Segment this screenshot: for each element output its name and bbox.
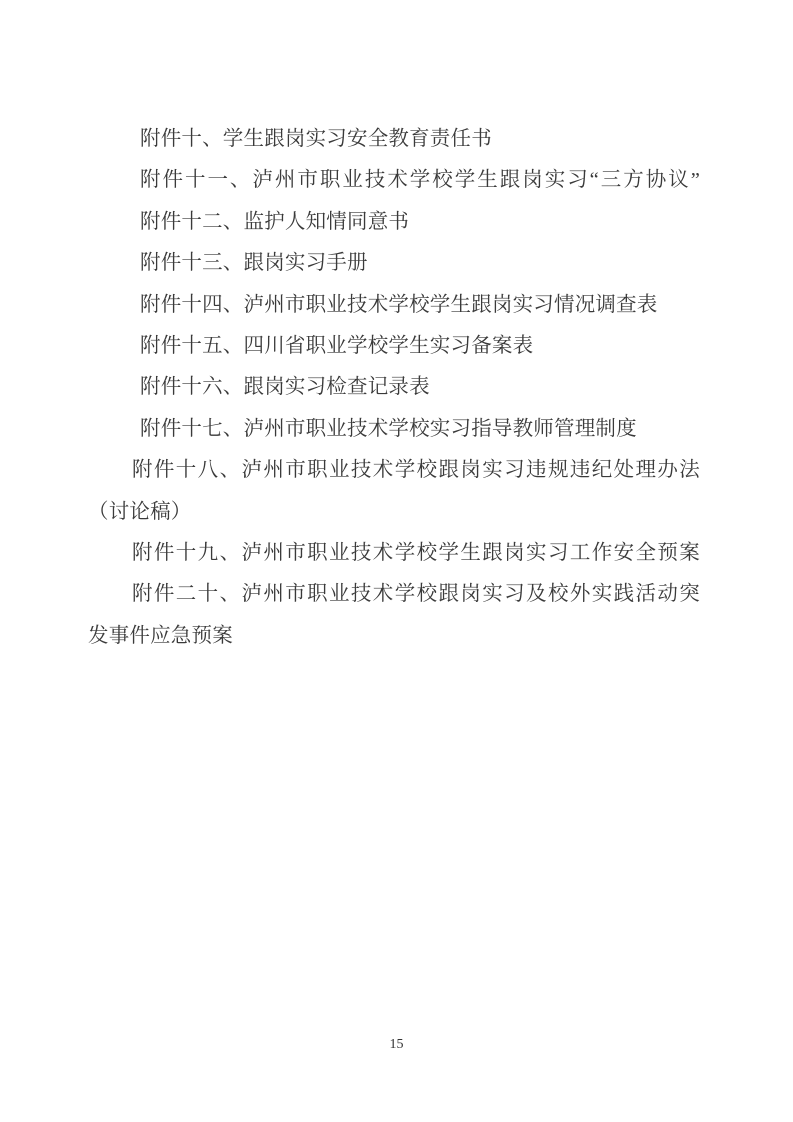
attachment-line-15: 附件十五、四川省职业学校学生实习备案表 [88, 326, 700, 367]
attachment-line-11: 附件十一、泸州市职业技术学校学生跟岗实习“三方协议” [88, 160, 700, 201]
attachment-line-19: 附件十九、泸州市职业技术学校学生跟岗实习工作安全预案 [88, 533, 700, 574]
attachment-list: 附件十、学生跟岗实习安全教育责任书 附件十一、泸州市职业技术学校学生跟岗实习“三… [88, 119, 700, 657]
attachment-line-20: 附件二十、泸州市职业技术学校跟岗实习及校外实践活动突 [88, 574, 700, 615]
attachment-line-13: 附件十三、跟岗实习手册 [88, 243, 700, 284]
attachment-line-18-wrap: （讨论稿） [88, 492, 700, 533]
attachment-line-12: 附件十二、监护人知情同意书 [88, 202, 700, 243]
attachment-line-17: 附件十七、泸州市职业技术学校实习指导教师管理制度 [88, 409, 700, 450]
document-page: 附件十、学生跟岗实习安全教育责任书 附件十一、泸州市职业技术学校学生跟岗实习“三… [0, 0, 793, 1122]
attachment-line-14: 附件十四、泸州市职业技术学校学生跟岗实习情况调查表 [88, 285, 700, 326]
attachment-line-16: 附件十六、跟岗实习检查记录表 [88, 367, 700, 408]
page-number: 15 [0, 1036, 793, 1054]
attachment-line-10: 附件十、学生跟岗实习安全教育责任书 [88, 119, 700, 160]
attachment-line-18: 附件十八、泸州市职业技术学校跟岗实习违规违纪处理办法 [88, 450, 700, 491]
attachment-line-20-wrap: 发事件应急预案 [88, 616, 700, 657]
